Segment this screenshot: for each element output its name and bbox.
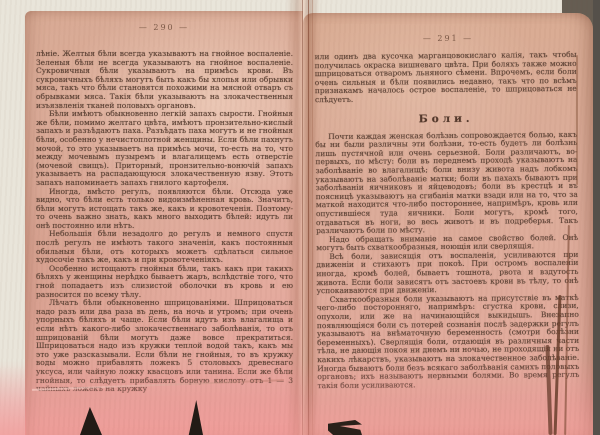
paragraph: Особенно истощаютъ гнойныя бѣли, такъ ка…	[36, 265, 293, 299]
scanner-margin-left	[0, 365, 26, 435]
left-page: — 290 — лѣніе. Желтыя бѣли всегда указыв…	[25, 11, 303, 435]
paragraph: или одинъ два кусочка марганцовокислаго …	[315, 51, 577, 105]
left-page-text: лѣніе. Желтыя бѣли всегда указываютъ на …	[36, 50, 293, 394]
right-page-number: — 291 —	[303, 34, 593, 43]
paragraph: Схваткообразныя боли указываютъ на прису…	[317, 294, 580, 391]
book-scan: — 290 — лѣніе. Желтыя бѣли всегда указыв…	[0, 0, 600, 435]
paragraph: Лѣчатъ бѣли обыкновенно шприцованіями. Ш…	[36, 299, 293, 394]
paragraph: Небольшія бѣли незадолго до регулъ и нем…	[36, 230, 293, 264]
paragraph: лѣніе. Желтыя бѣли всегда указываютъ на …	[36, 50, 293, 110]
paragraph: Бѣли имѣютъ обыкновенно легкій запахъ сы…	[36, 110, 293, 187]
section-heading: Боли.	[315, 111, 577, 125]
paragraph: Почти каждая женская болѣзнь сопровождае…	[315, 130, 578, 235]
right-page: — 291 — или одинъ два кусочка марганцово…	[303, 13, 593, 435]
paragraph: Всѣ боли, зависящія отъ воспаленія, усил…	[316, 251, 578, 296]
left-page-number: — 290 —	[25, 23, 303, 32]
right-page-text: или одинъ два кусочка марганцовокислаго …	[315, 51, 580, 391]
scanner-edge-strip	[593, 0, 600, 435]
paragraph: Иногда, вмѣсто регулъ, появляются бѣли. …	[36, 188, 293, 231]
